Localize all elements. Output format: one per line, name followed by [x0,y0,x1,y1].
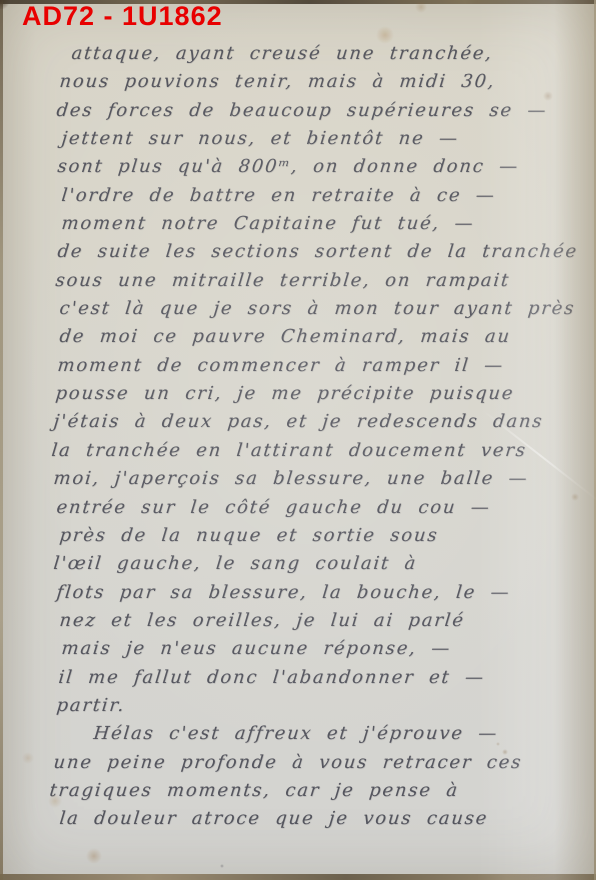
manuscript-line-3: des forces de beaucoup supérieures se — [55,97,595,125]
manuscript-line-8: de suite les sections sortent de la tran… [56,238,595,266]
manuscript-line-6: l'ordre de battre en retraite à ce — [60,182,595,210]
manuscript-line-24: partir. [55,692,595,720]
manuscript-line-5: sont plus qu'à 800ᵐ, on donne donc — [56,153,595,181]
manuscript-line-19: l'œil gauche, le sang coulait à [52,550,595,578]
manuscript-line-13: pousse un cri, je me précipite puisque [54,380,595,408]
manuscript-line-25: Hélas c'est affreux et j'éprouve — [92,720,595,748]
handwritten-text-block: attaque, ayant creusé une tranchée, nous… [0,40,592,834]
manuscript-line-22: mais je n'eus aucune réponse, — [60,635,595,663]
manuscript-line-17: entrée sur le côté gauche du cou — [55,494,595,522]
archive-reference-label: AD72 - 1U1862 [22,1,223,32]
manuscript-line-28: la douleur atroce que je vous cause [58,805,595,833]
manuscript-line-12: moment de commencer à ramper il — [56,352,595,380]
manuscript-line-21: nez et les oreilles, je lui ai parlé [58,607,595,635]
manuscript-line-14: j'étais à deux pas, et je redescends dan… [52,408,595,436]
manuscript-line-20: flots par sa blessure, la bouche, le — [55,579,595,607]
manuscript-line-26: une peine profonde à vous retracer ces [52,749,595,777]
photo-edge-bottom [0,874,596,880]
manuscript-line-15: la tranchée en l'attirant doucement vers [50,437,595,465]
manuscript-line-1: attaque, ayant creusé une tranchée, [70,40,595,68]
manuscript-line-27: tragiques moments, car je pense à [48,777,595,805]
manuscript-photo: attaque, ayant creusé une tranchée, nous… [0,0,596,880]
manuscript-line-11: de moi ce pauvre Cheminard, mais au [58,323,595,351]
manuscript-line-2: nous pouvions tenir, mais à midi 30, [58,68,595,96]
manuscript-line-10: c'est là que je sors à mon tour ayant pr… [58,295,595,323]
manuscript-line-7: moment notre Capitaine fut tué, — [60,210,595,238]
manuscript-line-9: sous une mitraille terrible, on rampait [54,267,595,295]
manuscript-line-18: près de la nuque et sortie sous [58,522,595,550]
manuscript-line-4: jettent sur nous, et bientôt ne — [60,125,595,153]
manuscript-line-23: il me fallut donc l'abandonner et — [57,664,595,692]
manuscript-line-16: moi, j'aperçois sa blessure, une balle — [52,465,595,493]
photo-corner-shadow [0,0,10,9]
